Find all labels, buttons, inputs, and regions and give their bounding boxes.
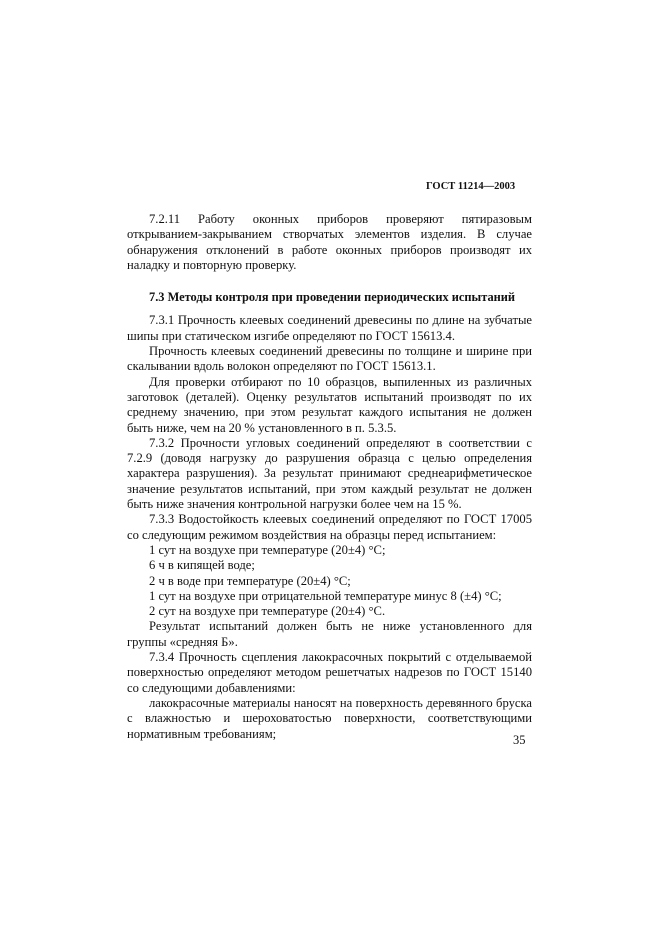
list-item: 6 ч в кипящей воде; bbox=[127, 558, 532, 573]
paragraph: Для проверки отбирают по 10 образцов, вы… bbox=[127, 375, 532, 436]
paragraph: 7.3.4 Прочность сцепления лакокрасочных … bbox=[127, 650, 532, 696]
document-body: 7.2.11 Работу оконных приборов проверяют… bbox=[127, 212, 532, 742]
document-header: ГОСТ 11214—2003 bbox=[426, 181, 515, 192]
paragraph: лакокрасочные материалы наносят на повер… bbox=[127, 696, 532, 742]
paragraph: Результат испытаний должен быть не ниже … bbox=[127, 619, 532, 650]
list-item: 2 сут на воздухе при температуре (20±4) … bbox=[127, 604, 532, 619]
paragraph: 7.3.2 Прочности угловых соединений опред… bbox=[127, 436, 532, 512]
paragraph: 7.3.1 Прочность клеевых соединений древе… bbox=[127, 313, 532, 344]
paragraph-7-2-11: 7.2.11 Работу оконных приборов проверяют… bbox=[127, 212, 532, 273]
list-item: 1 сут на воздухе при отрицательной темпе… bbox=[127, 589, 532, 604]
paragraph: Прочность клеевых соединений древесины п… bbox=[127, 344, 532, 375]
paragraph: 7.3.3 Водостойкость клеевых соединений о… bbox=[127, 512, 532, 543]
page-number: 35 bbox=[513, 733, 526, 748]
list-item: 2 ч в воде при температуре (20±4) °С; bbox=[127, 574, 532, 589]
section-heading: 7.3 Методы контроля при проведении перио… bbox=[127, 290, 532, 305]
list-item: 1 сут на воздухе при температуре (20±4) … bbox=[127, 543, 532, 558]
